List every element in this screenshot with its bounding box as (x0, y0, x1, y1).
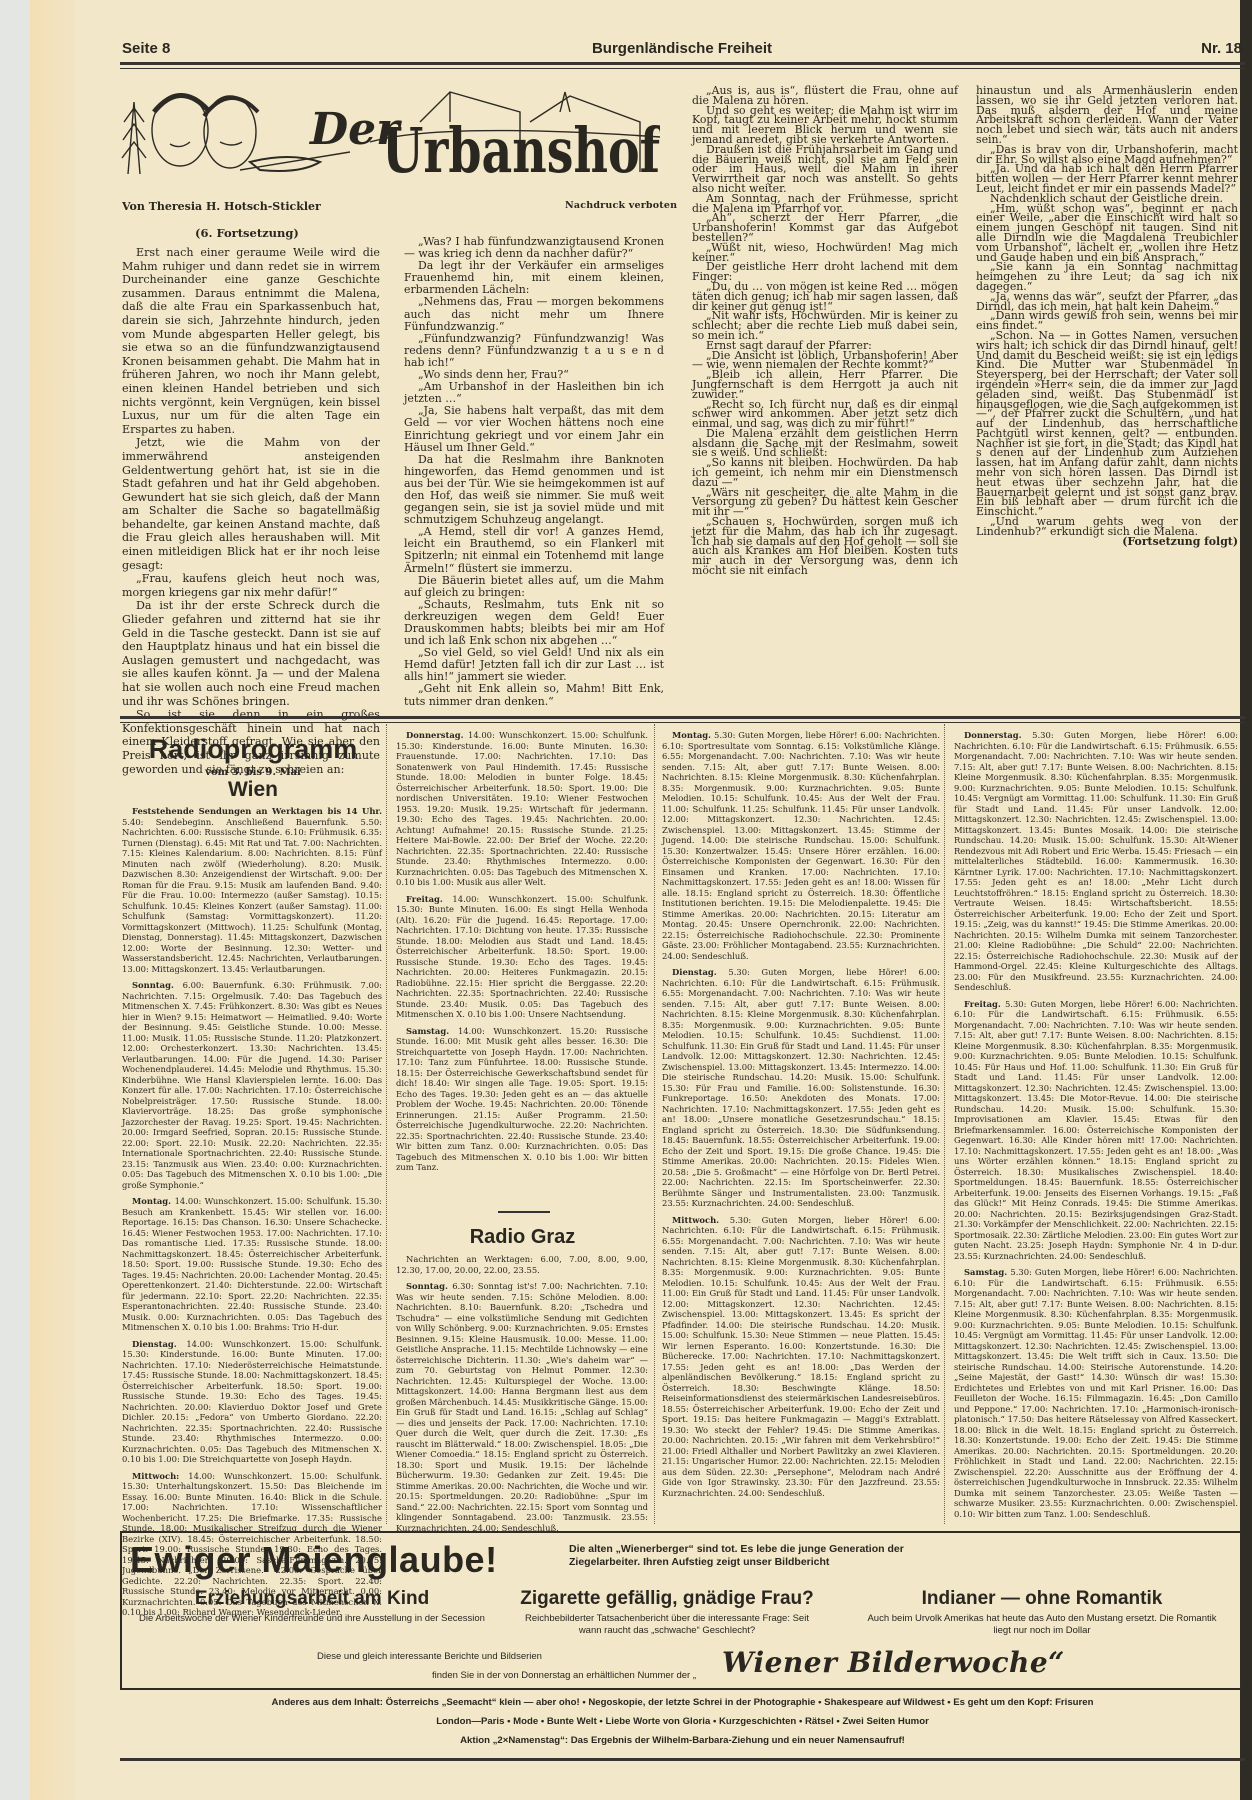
paragraph: hinaustun und als Armenhäuslerin enden l… (976, 86, 1238, 145)
radio-day-text: 14.00: Wunschkonzert. 15.00: Schulfunk. … (122, 1339, 382, 1465)
radio-day-listing: Samstag. 14.00: Wunschkonzert. 15.20: Ru… (396, 1026, 648, 1173)
scan-background (0, 0, 30, 1800)
paragraph: „Am Urbanshof in der Hasleithen bin ich … (404, 381, 664, 405)
radio-day-listing: Dienstag. 5.30: Guten Morgen, liebe Höre… (662, 967, 940, 1209)
column-divider (944, 724, 946, 1524)
ad-item-title: Indianer — ohne Romantik (842, 1588, 1242, 1610)
paragraph: Und so geht es weiter; die Mahm ist wirr… (692, 106, 958, 145)
reprint-notice: Nachdruck verboten (565, 200, 677, 211)
radio-graz-column-3: Donnerstag. 5.30: Guten Morgen, liebe Hö… (954, 730, 1238, 1525)
radio-day-listing: Sonntag. 6.30: Sonntag ist's! 7.00: Nach… (396, 1281, 648, 1533)
paragraph: „Nehmens das, Frau — morgen bekommens au… (404, 296, 664, 332)
paragraph: „Du, du … von mögen ist keine Red … möge… (692, 282, 958, 311)
radio-day-listing: Montag. 5.30: Guten Morgen, liebe Hörer!… (662, 730, 940, 961)
story-column-1: Erst nach einer geraume Weile wird die M… (122, 246, 380, 776)
paragraph: „Sie kann ja ein Sonntag nachmittag heim… (976, 262, 1238, 291)
page-fold-shadow (30, 0, 75, 1800)
paragraph: „Recht so. Ich fürcht nur, daß es dir ei… (692, 400, 958, 429)
paragraph: „Ah“, scherzt der Herr Pfarrer, „die Urb… (692, 213, 958, 242)
paragraph: „Was? I hab fünfundzwanzigtausend Kronen… (404, 236, 664, 260)
story-author: Von Theresia H. Hotsch-Stickler (122, 200, 321, 213)
paragraph: „Ja. Und da hab ich halt den Herrn Pfarr… (976, 164, 1238, 193)
radio-day-text: 5.30: Guten Morgen, liebe Hörer! 6.00: N… (662, 730, 940, 961)
radio-day-text: 5.40: Sendebeginn. Anschließend Bauernfu… (122, 817, 382, 974)
paragraph: „So viel Geld, so viel Geld! Und nix als… (404, 647, 664, 683)
paragraph: Die Bäuerin bietet alles auf, um die Mah… (404, 575, 664, 599)
paragraph: Da hat die Reslmahm ihre Banknoten hinge… (404, 454, 664, 527)
radio-day-label: Feststehende Sendungen an Werktagen bis … (132, 806, 382, 816)
story-column-4: hinaustun und als Armenhäuslerin enden l… (976, 86, 1238, 546)
section-rule (120, 716, 1245, 723)
paragraph: „Fünfundzwanzig? Fünfundzwanzig! Was red… (404, 333, 664, 369)
radio-day-listing: Dienstag. 14.00: Wunschkonzert. 15.00: S… (122, 1339, 382, 1465)
paragraph: „Bleib ich allein, Herr Pfarrer. Die Jun… (692, 370, 958, 399)
issue-number: Nr. 18 (1201, 40, 1242, 57)
paragraph: „Nit wahr ists, Hochwürden. Mir is keine… (692, 311, 958, 340)
radio-day-text: 5.30: Guten Morgen, lieber Hörer! 6.00: … (662, 1215, 940, 1498)
radio-day-text: 5.30: Guten Morgen, liebe Hörer! 6.00: N… (662, 967, 940, 1208)
graz-separator (498, 1211, 550, 1213)
continued-notice: (Fortsetzung folgt) (976, 537, 1238, 547)
paragraph: „Wärs nit gescheiter, die alte Mahm in d… (692, 488, 958, 517)
radio-program-title: Radioprogramm (122, 734, 384, 765)
radio-day-text: 6.00: Bauernfunk. 6.30: Frühmusik. 7.00:… (122, 980, 382, 1190)
paragraph: „Und warum gehts weg von der Lindenhub?“… (976, 517, 1238, 537)
paragraph: „Ja, Sie habens halt verpaßt, das mit de… (404, 405, 664, 453)
ad-item-title: Erziehungsarbeit am Kind (122, 1588, 502, 1610)
radio-day-listing: Freitag. 5.30: Guten Morgen, liebe Hörer… (954, 999, 1238, 1262)
radio-day-label: Dienstag. (132, 1339, 186, 1349)
radio-day-listing: Mittwoch. 5.30: Guten Morgen, lieber Hör… (662, 1215, 940, 1499)
radio-day-text: 5.30: Guten Morgen, liebe Hörer! 6.00: N… (954, 999, 1238, 1261)
paragraph: Erst nach einer geraume Weile wird die M… (122, 246, 380, 436)
radio-day-text: 14.00: Wunschkonzert. 15.00: Schulfunk. … (396, 894, 648, 1020)
radio-graz-title: Radio Graz (395, 1226, 650, 1249)
radio-day-text: Nachrichten an Werktagen: 6.00, 7.00, 8.… (396, 1254, 648, 1275)
ad-item-text: Auch beim Urvolk Amerikas hat heute das … (867, 1613, 1217, 1637)
ad-promo-line: Diese und gleich interessante Berichte u… (317, 1651, 542, 1662)
radio-day-label: Donnerstag. (964, 730, 1032, 740)
paragraph: „Frau, kaufens gleich heut noch was, mor… (122, 572, 380, 599)
paragraph: „Schauts, Reslmahm, tuts Enk nit so derk… (404, 599, 664, 647)
page-header: Seite 8 Burgenländische Freiheit Nr. 18 (122, 40, 1242, 62)
radio-day-listing: Donnerstag. 5.30: Guten Morgen, liebe Hö… (954, 730, 1238, 993)
svg-text:Urbanshof: Urbanshof (382, 114, 660, 180)
radio-day-text: 5.30: Guten Morgen, liebe Hörer! 6.00: N… (954, 1267, 1238, 1519)
column-divider (654, 724, 656, 1524)
radio-program-dates: vom 3. bis 9. Mai (122, 767, 384, 778)
radio-day-listing: Nachrichten an Werktagen: 6.00, 7.00, 8.… (396, 1254, 648, 1275)
paragraph: „Aus is, aus is“, flüstert die Frau, ohn… (692, 86, 958, 106)
paragraph: „Hm, wüßt schon was“, beginnt er nach ei… (976, 204, 1238, 263)
paragraph: „Schauen s, Hochwürden, sorgen muß ich j… (692, 517, 958, 576)
column-divider (386, 724, 388, 1524)
radio-day-label: Freitag. (406, 894, 452, 904)
ad-headline: Ewiger Maienglaube! (130, 1539, 498, 1581)
radio-day-label: Sonntag. (132, 980, 183, 990)
ad-action-line: Aktion „2×Namenstag“: Das Ergebnis der W… (120, 1735, 1245, 1746)
radio-day-label: Freitag. (964, 999, 1005, 1009)
footer-rule (120, 1758, 1245, 1761)
ad-promo-line: finden Sie in der von Donnerstag an erhä… (432, 1670, 696, 1681)
paragraph: Da legt ihr der Verkäufer ein armseliges… (404, 260, 664, 296)
radio-wien-title: Wien (122, 778, 384, 802)
radio-wien-column-1: Feststehende Sendungen an Werktagen bis … (122, 806, 382, 1624)
paragraph: „So kanns nit bleiben. Hochwürden. Da ha… (692, 458, 958, 487)
paragraph: Da ist ihr der erste Schreck durch die G… (122, 599, 380, 708)
radio-day-listing: Samstag. 5.30: Guten Morgen, liebe Hörer… (954, 1267, 1238, 1519)
newspaper-name: Burgenländische Freiheit (122, 40, 1242, 57)
radio-day-label: Samstag. (964, 1267, 1010, 1277)
radio-day-text: 6.30: Sonntag ist's! 7.00: Nachrichten. … (396, 1281, 648, 1533)
ad-item-text: Die Arbeitswoche der Wiener Kinderfreund… (132, 1613, 492, 1625)
paragraph: „Geht nit Enk allein so, Mahm! Bitt Enk,… (404, 683, 664, 707)
installment-label: (6. Fortsetzung) (195, 226, 299, 240)
header-rule (120, 62, 1245, 69)
story-column-3: „Aus is, aus is“, flüstert die Frau, ohn… (692, 86, 958, 576)
paragraph: Der geistliche Herr droht lachend mit de… (692, 262, 958, 282)
ad-contents-line: London—Paris • Mode • Bunte Welt • Liebe… (120, 1716, 1245, 1727)
paragraph: „A Hemd, stell dir vor! A ganzes Hemd, l… (404, 526, 664, 574)
radio-day-text: 14.00: Wunschkonzert. 15.00: Schulfunk. … (122, 1196, 382, 1332)
radio-day-label: Donnerstag. (406, 730, 468, 740)
ad-headline-teaser: Die alten „Wienerberger“ sind tot. Es le… (569, 1543, 929, 1569)
radio-day-listing: Montag. 14.00: Wunschkonzert. 15.00: Sch… (122, 1196, 382, 1333)
radio-day-label: Samstag. (406, 1026, 458, 1036)
ad-contents-line: Anderes aus dem Inhalt: Österreichs „See… (120, 1697, 1245, 1708)
radio-day-label: Montag. (132, 1196, 175, 1206)
radio-graz-column-1: Nachrichten an Werktagen: 6.00, 7.00, 8.… (396, 1254, 648, 1539)
paragraph: Jetzt, wie die Mahm von der immerwährend… (122, 436, 380, 572)
paragraph: „Schon. Na — in Gottes Namen, versuchen … (976, 331, 1238, 517)
radio-day-listing: Sonntag. 6.00: Bauernfunk. 6.30: Frühmus… (122, 980, 382, 1190)
ad-item-text: Reichbebilderter Tatsachenbericht über d… (517, 1613, 817, 1637)
ad-magazine-name: Wiener Bilderwoche“ (722, 1646, 1065, 1679)
ad-item-title: Zigarette gefällig, gnädige Frau? (482, 1588, 852, 1610)
radio-day-listing: Feststehende Sendungen an Werktagen bis … (122, 806, 382, 974)
story-column-2: „Was? I hab fünfundzwanzigtausend Kronen… (404, 236, 664, 708)
paragraph: „Dann wirds gewiß froh sein, wenns bei m… (976, 311, 1238, 331)
page-edge (1240, 0, 1252, 1800)
radio-day-listing: Freitag. 14.00: Wunschkonzert. 15.00: Sc… (396, 894, 648, 1020)
radio-day-text: 14.00: Wunschkonzert. 15.00: Schulfunk. … (396, 730, 648, 887)
radio-day-text: 5.30: Guten Morgen, liebe Hörer! 6.00: N… (954, 730, 1238, 992)
radio-wien-column-2: Donnerstag. 14.00: Wunschkonzert. 15.00:… (396, 730, 648, 1179)
radio-day-text: 14.00: Wunschkonzert. 15.20: Russische S… (396, 1026, 648, 1173)
radio-day-label: Sonntag. (406, 1281, 452, 1291)
story-title-illustration: Der Urbanshof (120, 82, 660, 180)
advertisement-box: Ewiger Maienglaube! Die alten „Wienerber… (120, 1531, 1249, 1690)
radio-graz-column-2: Montag. 5.30: Guten Morgen, liebe Hörer!… (662, 730, 940, 1504)
paragraph: Draußen ist die Frühjahrsarbeit im Gang … (692, 145, 958, 194)
radio-day-listing: Donnerstag. 14.00: Wunschkonzert. 15.00:… (396, 730, 648, 888)
paragraph: Die Malena erzählt dem geistlichen Herrn… (692, 429, 958, 458)
radio-day-label: Mittwoch. (672, 1215, 730, 1225)
radio-day-label: Montag. (672, 730, 714, 740)
radio-day-label: Dienstag. (672, 967, 728, 977)
radio-day-label: Mittwoch: (132, 1471, 188, 1481)
